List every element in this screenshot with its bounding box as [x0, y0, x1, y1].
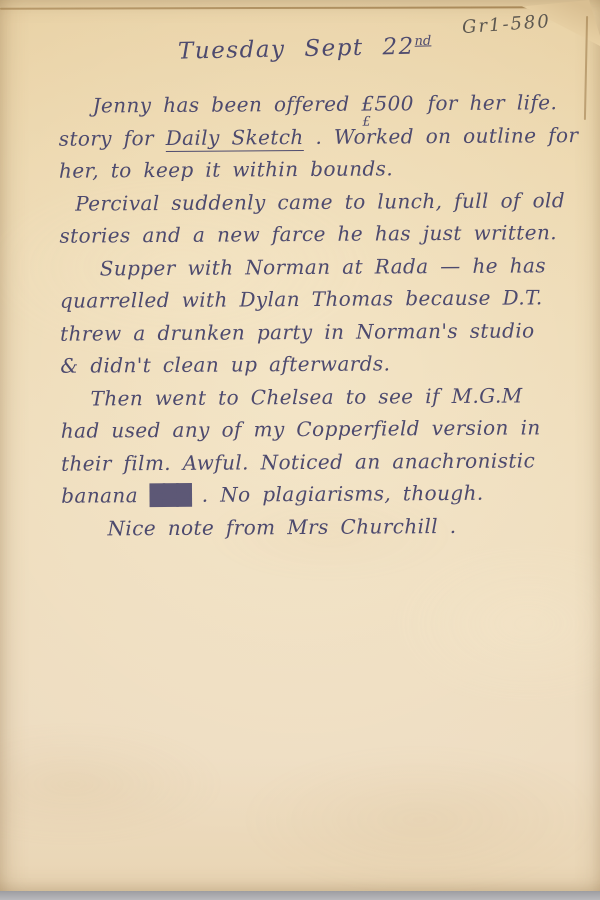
- line-text: banana: [61, 483, 150, 508]
- handwritten-line: Then went to Chelsea to see if M.G.M: [60, 379, 552, 415]
- diary-page: Gr1-580 Tuesday Sept 22nd Jenny has been…: [0, 0, 600, 891]
- line-text: Jenny has been offered: [92, 92, 361, 118]
- date-text: Tuesday Sept 22: [178, 34, 415, 65]
- handwritten-line: her, to keep it within bounds.: [59, 151, 551, 187]
- line-text: . No plagiarisms, though.: [190, 481, 484, 507]
- paper-top-edge: [0, 6, 552, 9]
- handwritten-line: stories and a new farce he has just writ…: [59, 216, 551, 252]
- diary-entry-text: Jenny has been offered £500£ for her lif…: [58, 86, 553, 544]
- handwritten-line: quarrelled with Dylan Thomas because D.T…: [60, 281, 552, 317]
- line-text: for her life.: [416, 90, 558, 115]
- line-text: story for: [59, 125, 166, 150]
- handwritten-line: Jenny has been offered £500£ for her lif…: [58, 86, 550, 122]
- struck-out-word: ███: [150, 483, 190, 507]
- line-text: . Worked on outline for: [304, 123, 579, 149]
- offer-amount: £500£: [361, 91, 416, 115]
- handwritten-line: threw a drunken party in Norman's studio: [60, 314, 552, 350]
- catalog-number: Gr1-580: [461, 11, 551, 38]
- underlined-title: Daily Sketch: [166, 125, 304, 152]
- date-ordinal-superscript: nd: [414, 34, 431, 49]
- handwritten-line: banana ███ . No plagiarisms, though.: [61, 476, 553, 512]
- handwritten-line: Supper with Norman at Rada — he has: [60, 249, 552, 285]
- handwritten-line: Nice note from Mrs Churchill .: [61, 509, 553, 545]
- handwritten-line: had used any of my Copperfield version i…: [61, 411, 553, 447]
- handwritten-line: their film. Awful. Noticed an anachronis…: [61, 444, 553, 480]
- handwritten-line: & didn't clean up afterwards.: [60, 346, 552, 382]
- handwritten-line: Percival suddenly came to lunch, full of…: [59, 184, 551, 220]
- photograph-of-diary-page: Gr1-580 Tuesday Sept 22nd Jenny has been…: [0, 0, 600, 900]
- background-surface: [0, 891, 600, 900]
- handwritten-line: story for Daily Sketch . Worked on outli…: [59, 119, 551, 155]
- inserted-pound-sign: £: [362, 107, 371, 140]
- date-heading: Tuesday Sept 22nd: [178, 33, 432, 64]
